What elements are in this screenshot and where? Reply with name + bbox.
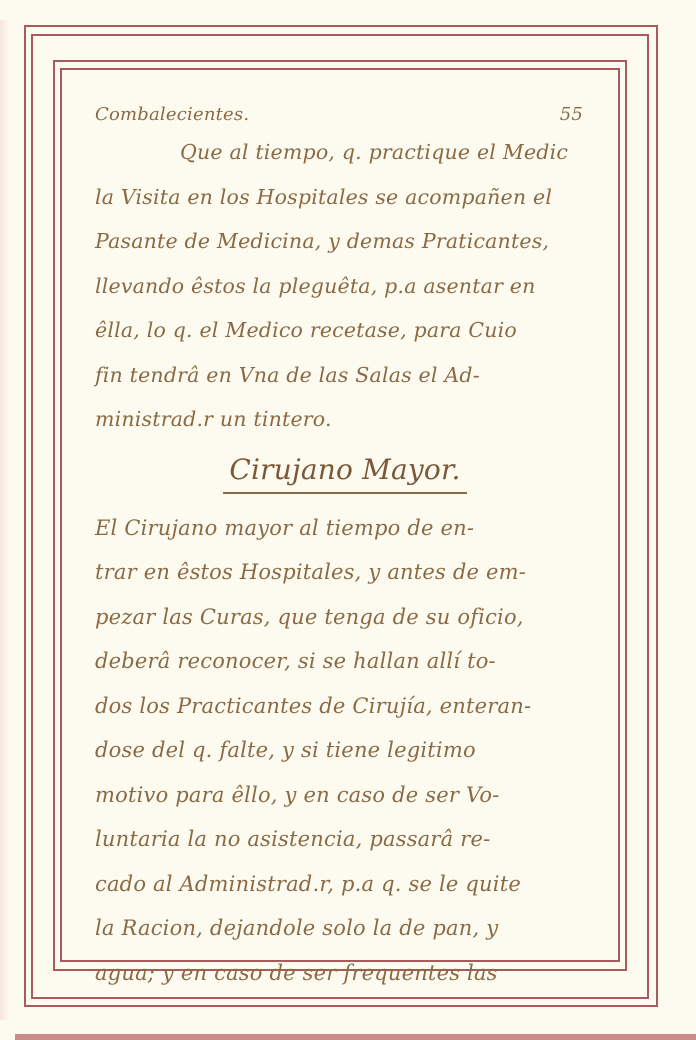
text-line: agua; y en caso de ser frequentes las [95, 951, 595, 996]
text-line: llevando êstos la pleguêta, p.a asentar … [95, 264, 595, 309]
text-line: la Racion, dejandole solo la de pan, y [95, 906, 595, 951]
text-line: motivo para êllo, y en caso de ser Vo- [95, 773, 595, 818]
page-edge-shadow [0, 20, 10, 1020]
catchword: Combalecientes. [95, 100, 249, 130]
text-line: dose del q. falte, y si tiene legitimo [95, 728, 595, 773]
manuscript-page: Combalecientes. 55 Que al tiempo, q. pra… [95, 100, 595, 995]
text-line: cado al Administrad.r, p.a q. se le quit… [95, 862, 595, 907]
section-heading: Cirujano Mayor. [223, 450, 466, 494]
text-line: deberâ reconocer, si se hallan allí to- [95, 639, 595, 684]
page-bottom-edge [15, 1034, 696, 1040]
page-number: 55 [560, 100, 595, 130]
text-line: êlla, lo q. el Medico recetase, para Cui… [95, 308, 595, 353]
text-line: la Visita en los Hospitales se acompañen… [95, 175, 595, 220]
page-header: Combalecientes. 55 [95, 100, 595, 130]
text-line: pezar las Curas, que tenga de su oficio, [95, 595, 595, 640]
text-line: Pasante de Medicina, y demas Praticantes… [95, 219, 595, 264]
text-line: dos los Practicantes de Cirujía, enteran… [95, 684, 595, 729]
section-heading-wrap: Cirujano Mayor. [95, 442, 595, 506]
text-line: luntaria la no asistencia, passarâ re- [95, 817, 595, 862]
paragraph-1: Que al tiempo, q. practique el Medic la … [95, 130, 595, 442]
text-line: trar en êstos Hospitales, y antes de em- [95, 550, 595, 595]
text-line: El Cirujano mayor al tiempo de en- [95, 506, 595, 551]
text-line: Que al tiempo, q. practique el Medic [95, 130, 595, 175]
text-line: fin tendrâ en Vna de las Salas el Ad- [95, 353, 595, 398]
paragraph-2: El Cirujano mayor al tiempo de en- trar … [95, 506, 595, 996]
text-line: ministrad.r un tintero. [95, 397, 595, 442]
